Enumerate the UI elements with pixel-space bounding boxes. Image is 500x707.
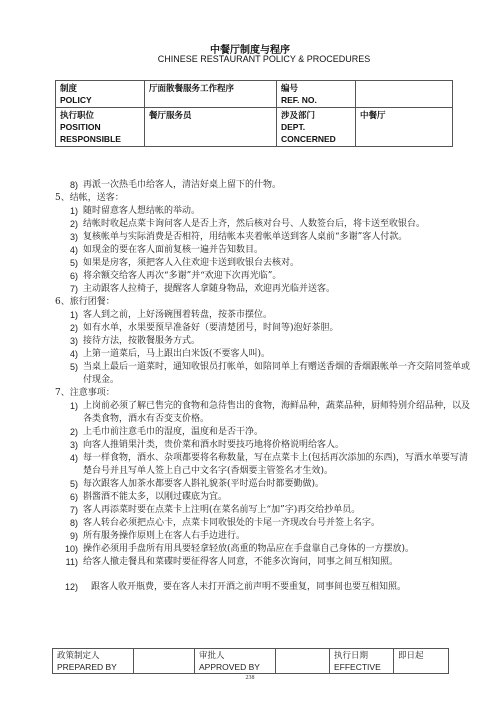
list-item: 12)跟客人收开瓶费，要在客人未打开酒之前声明不要重复，同事间也要互相知照。 bbox=[55, 581, 475, 594]
list-item: 5)每次跟客人加茶水都要客人斟礼貌茶(平时巡台时都要勤做)。 bbox=[55, 478, 475, 491]
item-number: 7) bbox=[55, 283, 83, 296]
item-text: 如现金的要在客人面前复核一遍并告知数目。 bbox=[83, 244, 475, 257]
item-text: 复核帐单与实际消费是否相符，用结帐本夹着帐单送到客人桌前“多谢”客人付款。 bbox=[83, 231, 475, 244]
list-item: 5)当桌上最后一道菜时，通知收银员打帐单，如陪同单上有赠送香烟的香烟跟帐单一齐交… bbox=[55, 361, 475, 387]
list-item: 3)复核帐单与实际消费是否相符，用结帐本夹着帐单送到客人桌前“多谢”客人付款。 bbox=[55, 231, 475, 244]
item-number: 2) bbox=[55, 426, 83, 439]
approved-label-cell: 审批人 APPROVED BY bbox=[195, 649, 276, 674]
ref-label-cell: 编号 REF. NO. bbox=[277, 81, 356, 108]
item-number: 8) bbox=[55, 179, 83, 192]
list-item: 5)如果是房客，须把客人入住欢迎卡送到收银台去核对。 bbox=[55, 257, 475, 270]
item-text: 斟酱酒不能太多，以刚过碟底为宜。 bbox=[83, 491, 475, 504]
list-item: 4)如现金的要在客人面前复核一遍并告知数目。 bbox=[55, 244, 475, 257]
item-text: 每一样食物，酒水、杂项都要将名称数量，写在点菜卡上(包括再次添加的东西)，写酒水… bbox=[83, 452, 475, 478]
item-text: 操作必须用手盘所有用具要轻拿轻放(高重的物品应在手盘靠自己身体的一方摆放)。 bbox=[83, 543, 475, 556]
effective-label-cell: 执行日期 EFFECTIVE bbox=[330, 649, 394, 674]
list-item: 10)操作必须用手盘所有用具要轻拿轻放(高重的物品应在手盘靠自己身体的一方摆放)… bbox=[55, 543, 475, 556]
dept-label-cn: 涉及部门 bbox=[281, 109, 351, 121]
policy-label-en: POLICY bbox=[60, 94, 140, 106]
item-text: 当桌上最后一道菜时，通知收银员打帐单，如陪同单上有赠送香烟的香烟跟帐单一齐交陪同… bbox=[83, 361, 475, 387]
item-number: 2) bbox=[55, 322, 83, 335]
item-text: 向客人推销果汁类，贵价菜和酒水时要技巧地将价格说明给客人。 bbox=[83, 439, 475, 452]
item-number: 10) bbox=[55, 543, 83, 556]
item-number: 1) bbox=[55, 205, 83, 218]
item-text: 上第一道菜后，马上跟出白米饭(不要客人叫)。 bbox=[83, 348, 475, 361]
policy-label-cell: 制度 POLICY bbox=[56, 81, 145, 108]
item-number: 9) bbox=[55, 530, 83, 543]
list-item: 3)接待方法，按散餐服务方式。 bbox=[55, 335, 475, 348]
prepared-label-cell: 政策制定人 PREPARED BY bbox=[53, 649, 134, 674]
page-title-en: CHINESE RESTAURANT POLICY & PROCEDURES bbox=[0, 54, 500, 64]
section-heading-tour-group: 6、旅行团餐： bbox=[55, 296, 475, 309]
list-item: 6)将余额交给客人再次“多谢”并“欢迎下次再光临”。 bbox=[55, 270, 475, 283]
policy-value: 厅面散餐服务工作程序 bbox=[145, 81, 277, 108]
list-item: 7)客人再添菜时要在点菜卡上注明(在菜名前写上“加”字)再交给抄单员。 bbox=[55, 504, 475, 517]
list-item: 2)如有水单，水果要预早准备好（要清楚团号，时间等)泡好茶胆。 bbox=[55, 322, 475, 335]
list-item: 1)上岗前必须了解已售完的食物和急待售出的食物，海鲜品种，蔬菜品种，厨师特别介绍… bbox=[55, 400, 475, 426]
spacer bbox=[55, 569, 475, 581]
item-number: 7) bbox=[55, 504, 83, 517]
approved-label-en: APPROVED BY bbox=[199, 661, 271, 673]
list-item: 11)给客人撤走餐具和菜碟时要征得客人同意，不能多次询问，同事之间互相知照。 bbox=[55, 556, 475, 569]
prepared-label-cn: 政策制定人 bbox=[57, 649, 129, 661]
item-text: 客人再添菜时要在点菜卡上注明(在菜名前写上“加”字)再交给抄单员。 bbox=[83, 504, 475, 517]
list-item: 6)斟酱酒不能太多，以刚过碟底为宜。 bbox=[55, 491, 475, 504]
item-text: 随时留意客人想结帐的举动。 bbox=[83, 205, 475, 218]
policy-label-cn: 制度 bbox=[60, 82, 140, 94]
prepared-label-en: PREPARED BY bbox=[57, 661, 129, 673]
approval-footer-table: 政策制定人 PREPARED BY 审批人 APPROVED BY 执行日期 E… bbox=[52, 648, 449, 674]
list-item: 4)上第一道菜后，马上跟出白米饭(不要客人叫)。 bbox=[55, 348, 475, 361]
approved-label-cn: 审批人 bbox=[199, 649, 271, 661]
procedure-body: 8) 再派一次热毛巾给客人，清洁好桌上留下的什物。 5、结帐，送客： 1)随时留… bbox=[55, 179, 475, 594]
item-text: 上岗前必须了解已售完的食物和急待售出的食物，海鲜品种，蔬菜品种，厨师特别介绍品种… bbox=[83, 400, 475, 426]
item-text: 接待方法，按散餐服务方式。 bbox=[83, 335, 475, 348]
item-number: 5) bbox=[55, 257, 83, 270]
item-text: 上毛巾前注意毛巾的湿度，温度和是否干净。 bbox=[83, 426, 475, 439]
list-item: 1)客人到之前，上好汤碗围着转盘，按茶市摆位。 bbox=[55, 309, 475, 322]
item-number: 4) bbox=[55, 348, 83, 361]
item-number: 11) bbox=[55, 556, 83, 569]
list-item: 9)所有服务操作原则上在客人右手边进行。 bbox=[55, 530, 475, 543]
approved-value bbox=[276, 649, 330, 674]
dept-label-cell: 涉及部门 DEPT. CONCERNED bbox=[277, 108, 356, 147]
position-label-cn: 执行职位 bbox=[60, 109, 140, 121]
item-number: 12) bbox=[55, 581, 83, 594]
item-number: 5) bbox=[55, 361, 83, 387]
position-value: 餐厅服务员 bbox=[145, 108, 277, 147]
list-item: 4)每一样食物，酒水、杂项都要将名称数量，写在点菜卡上(包括再次添加的东西)，写… bbox=[55, 452, 475, 478]
ref-label-cn: 编号 bbox=[281, 82, 351, 94]
effective-label-en: EFFECTIVE bbox=[334, 661, 389, 673]
section-heading-notes: 7、注意事项： bbox=[55, 387, 475, 400]
item-number: 6) bbox=[55, 491, 83, 504]
item-number: 5) bbox=[55, 478, 83, 491]
policy-info-table: 制度 POLICY 厅面散餐服务工作程序 编号 REF. NO. 执行职位 PO… bbox=[55, 80, 453, 147]
item-text: 如有水单，水果要预早准备好（要清楚团号，时间等)泡好茶胆。 bbox=[83, 322, 475, 335]
item-number: 3) bbox=[55, 231, 83, 244]
item-number: 2) bbox=[55, 218, 83, 231]
effective-value: 即日起 bbox=[394, 649, 449, 674]
item-number: 3) bbox=[55, 439, 83, 452]
dept-label-en1: DEPT. bbox=[281, 121, 351, 133]
list-item: 2)上毛巾前注意毛巾的湿度，温度和是否干净。 bbox=[55, 426, 475, 439]
item-text: 主动跟客人拉椅子，提醒客人拿随身物品，欢迎再光临并送客。 bbox=[83, 283, 475, 296]
item-text: 每次跟客人加茶水都要客人斟礼貌茶(平时巡台时都要勤做)。 bbox=[83, 478, 475, 491]
item-number: 1) bbox=[55, 309, 83, 322]
list-item: 8) 再派一次热毛巾给客人，清洁好桌上留下的什物。 bbox=[55, 179, 475, 192]
list-item: 8)客人转台必须把点心卡，点菜卡同收银处的卡尾一齐现改台号并签上名字。 bbox=[55, 517, 475, 530]
list-item: 7)主动跟客人拉椅子，提醒客人拿随身物品，欢迎再光临并送客。 bbox=[55, 283, 475, 296]
ref-label-en: REF. NO. bbox=[281, 94, 351, 106]
position-label-en2: RESPONSIBLE bbox=[60, 133, 140, 145]
item-number: 4) bbox=[55, 244, 83, 257]
item-number: 8) bbox=[55, 517, 83, 530]
page-number: 238 bbox=[0, 675, 500, 681]
effective-label-cn: 执行日期 bbox=[334, 649, 389, 661]
section-heading-checkout: 5、结帐，送客： bbox=[55, 192, 475, 205]
prepared-value bbox=[134, 649, 195, 674]
item-text: 再派一次热毛巾给客人，清洁好桌上留下的什物。 bbox=[83, 179, 475, 192]
item-text: 如果是房客，须把客人入住欢迎卡送到收银台去核对。 bbox=[83, 257, 475, 270]
list-item: 2)结帐时收起点菜卡询问客人是否上齐，然后核对台号、人数签台后，将卡送至收银台。 bbox=[55, 218, 475, 231]
item-text: 所有服务操作原则上在客人右手边进行。 bbox=[83, 530, 475, 543]
item-number: 6) bbox=[55, 270, 83, 283]
dept-label-en2: CONCERNED bbox=[281, 133, 351, 145]
list-item: 3)向客人推销果汁类，贵价菜和酒水时要技巧地将价格说明给客人。 bbox=[55, 439, 475, 452]
item-number: 1) bbox=[55, 400, 83, 426]
position-label-en1: POSITION bbox=[60, 121, 140, 133]
item-text: 给客人撤走餐具和菜碟时要征得客人同意，不能多次询问，同事之间互相知照。 bbox=[83, 556, 475, 569]
item-text: 客人转台必须把点心卡，点菜卡同收银处的卡尾一齐现改台号并签上名字。 bbox=[83, 517, 475, 530]
item-number: 4) bbox=[55, 452, 83, 478]
position-label-cell: 执行职位 POSITION RESPONSIBLE bbox=[56, 108, 145, 147]
item-text: 将余额交给客人再次“多谢”并“欢迎下次再光临”。 bbox=[83, 270, 475, 283]
item-number: 3) bbox=[55, 335, 83, 348]
item-text: 跟客人收开瓶费，要在客人未打开酒之前声明不要重复，同事间也要互相知照。 bbox=[83, 581, 475, 594]
item-text: 结帐时收起点菜卡询问客人是否上齐，然后核对台号、人数签台后，将卡送至收银台。 bbox=[83, 218, 475, 231]
item-text: 客人到之前，上好汤碗围着转盘，按茶市摆位。 bbox=[83, 309, 475, 322]
ref-value bbox=[356, 81, 453, 108]
list-item: 1)随时留意客人想结帐的举动。 bbox=[55, 205, 475, 218]
dept-value: 中餐厅 bbox=[356, 108, 453, 147]
